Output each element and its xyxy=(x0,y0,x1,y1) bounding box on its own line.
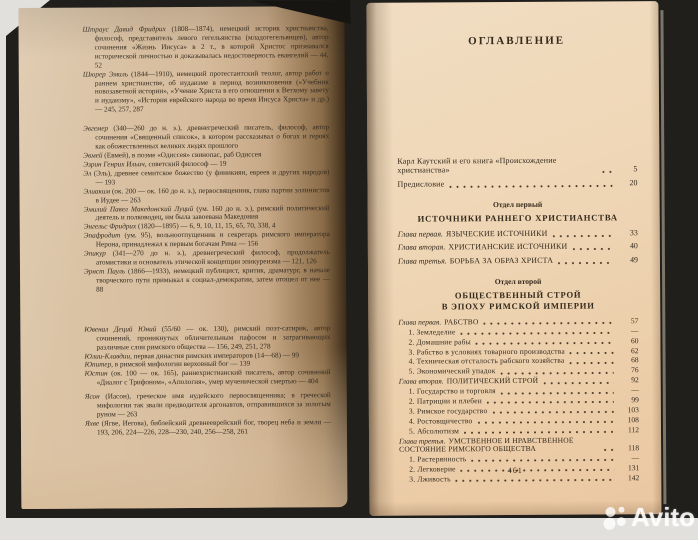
dot-leader xyxy=(572,248,613,251)
index-entry: Эвгемер (340—260 до н. э.), древнегречес… xyxy=(83,123,329,151)
entry-term: Шюрер Эмиль xyxy=(83,70,128,78)
index-entry: Эл (Эль), древнее семитское божество (у … xyxy=(83,168,329,187)
entry-text: (Эль), древнее семитское божество (у фин… xyxy=(91,168,329,186)
avito-brand-text: Avito xyxy=(631,502,695,533)
dot-leader xyxy=(449,184,612,188)
row-label: 4. Ростовщичество xyxy=(409,416,473,425)
row-label: БОРЬБА ЗА ОБРАЗ ХРИСТА xyxy=(450,255,553,265)
toc-row: 2. Домашние рабы 60 xyxy=(398,337,638,347)
index-entry: Эпафродит (ум. 95), вольноотпущенник и с… xyxy=(84,230,330,249)
entry-term: Эл xyxy=(83,169,91,177)
row-page-number: 60 xyxy=(616,337,638,346)
open-book-spread: Штраус Давид Фридрих (1808—1874), немецк… xyxy=(0,0,698,540)
dot-leader xyxy=(558,261,613,264)
row-label: ПОЛИТИЧЕСКИЙ СТРОЙ xyxy=(447,376,538,386)
dot-leader xyxy=(501,371,614,375)
row-label: РАБСТВО xyxy=(444,317,478,326)
toc-section: Отдел первый ИСТОЧНИКИ РАННЕГО ХРИСТИАНС… xyxy=(398,199,638,266)
dot-leader xyxy=(553,234,613,237)
entry-text: (Ягве, Иегова), библейский древнееврейск… xyxy=(97,418,331,436)
dot-leader xyxy=(476,341,614,345)
left-page-name-index: Штраус Давид Фридрих (1808—1874), немецк… xyxy=(18,6,347,509)
dot-leader xyxy=(456,478,615,482)
index-entry: Яхве (Ягве, Иегова), библейский древнеев… xyxy=(85,418,331,437)
toc-row: Глава вторая.ХРИСТИАНСКИЕ ИСТОЧНИКИ 40 xyxy=(398,243,638,253)
entry-term: Эвмей xyxy=(83,151,102,159)
index-entry: Элиаким (ок. 200 — ок. 160 до н. э.), пе… xyxy=(83,186,329,205)
section-rows: Глава первая.РАБСТВО 57 1. Земледелие — xyxy=(398,317,639,484)
entry-term: Эмилий Павел Македонский Луций xyxy=(84,204,194,213)
row-page-number: 118 xyxy=(617,444,639,453)
row-label: 1. Земледелие xyxy=(408,327,455,336)
row-label: 2. Домашние рабы xyxy=(408,337,470,346)
page-folio: 461 xyxy=(369,465,661,476)
index-entry: Юстин (ок. 100 — ок. 165), раннехристиан… xyxy=(85,368,331,387)
row-page-number: 68 xyxy=(617,357,639,366)
index-entry: Шюрер Эмиль (1844—1910), немецкий протес… xyxy=(83,69,329,115)
row-label: ХРИСТИАНСКИЕ ИСТОЧНИКИ xyxy=(448,242,567,252)
row-label: 2. Патриции и плебеи xyxy=(409,396,482,405)
row-label: 5. Абсолютизм xyxy=(409,426,459,435)
row-page-number: 49 xyxy=(616,256,638,265)
row-chapter-prefix: Глава третья. xyxy=(398,256,447,265)
entry-term: Юлии-Клавдии xyxy=(84,352,130,360)
entry-text: (ок. 200 — ок. 160 до н. э.), первосвяще… xyxy=(96,186,330,204)
toc-row: 1. Земледелие — xyxy=(398,327,638,337)
entry-term: Яхве xyxy=(85,419,99,427)
entry-text: (341—270 до н. э.), древнегреческий фило… xyxy=(96,248,330,266)
section-part-label: Отдел второй xyxy=(398,276,638,286)
toc-title: ОГЛАВЛЕНИЕ xyxy=(397,34,637,47)
row-page-number: 112 xyxy=(617,426,639,435)
row-page-number: — xyxy=(616,327,638,336)
dot-leader xyxy=(477,421,613,425)
section-title: ОБЩЕСТВЕННЫЙ СТРОЙ В ЭПОХУ РИМСКОЙ ИМПЕР… xyxy=(398,289,638,313)
toc-row: Глава первая.ЯЗЫЧЕСКИЕ ИСТОЧНИКИ 33 xyxy=(398,229,638,239)
entry-text: , первая династия римских императоров (1… xyxy=(130,351,299,360)
entry-term: Штраус Давид Фридрих xyxy=(83,25,166,34)
toc-row: 3. Рабство в условиях товарного производ… xyxy=(398,347,638,357)
row-page-number: 40 xyxy=(616,243,638,252)
toc-row: 3. Римское государство 103 xyxy=(399,406,639,416)
toc-row: 5. Экономический упадок 76 xyxy=(399,367,639,377)
row-label: 1. Растерянность xyxy=(409,454,466,463)
row-page-number: 108 xyxy=(617,416,639,425)
entry-text: (Евмей), в поэме «Одиссея» свинопас, раб… xyxy=(102,151,261,160)
section-rows: Глава первая.ЯЗЫЧЕСКИЕ ИСТОЧНИКИ 33 Глав… xyxy=(398,229,638,266)
toc-row: 1. Государство и торговля — xyxy=(399,386,639,396)
dot-leader xyxy=(461,332,614,336)
toc-sections: Отдел первый ИСТОЧНИКИ РАННЕГО ХРИСТИАНС… xyxy=(398,199,640,484)
entry-text: (Иасон), греческое имя иудейского первос… xyxy=(97,391,331,418)
row-label: 4. Техническая отсталость рабского хозяй… xyxy=(409,356,565,366)
dot-leader xyxy=(487,401,614,405)
toc-row: 2. Патриции и плебеи 99 xyxy=(399,396,639,406)
entry-term: Эпафродит xyxy=(84,232,121,240)
row-page-number: 103 xyxy=(617,406,639,415)
section-title: ИСТОЧНИКИ РАННЕГО ХРИСТИАНСТВА xyxy=(398,212,638,225)
dot-leader xyxy=(501,391,614,395)
toc-row: Карл Каутский и его книга «Происхождение… xyxy=(397,156,637,175)
row-page-number: 57 xyxy=(616,317,638,326)
entry-term: Энгельс Фридрих xyxy=(84,223,137,231)
row-label: 1. Государство и торговля xyxy=(409,386,496,396)
toc-block: ОГЛАВЛЕНИЕ Карл Каутский и его книга «Пр… xyxy=(366,1,661,516)
row-label: Карл Каутский и его книга «Происхождение… xyxy=(397,156,556,175)
toc-row: Глава третья.УМСТВЕННОЕ И НРАВСТВЕННОЕ С… xyxy=(399,436,639,454)
entry-term: Эзрин Генрих Ильич xyxy=(83,160,145,168)
entry-term: Эрнст Пауль xyxy=(84,267,125,275)
entry-term: Эвгемер xyxy=(83,125,108,133)
row-page-number: 142 xyxy=(617,474,639,483)
dot-leader xyxy=(543,381,614,384)
entry-text: (1820—1895) — 6, 9, 10, 11, 15, 65, 70, … xyxy=(136,222,275,231)
avito-logo-icon xyxy=(603,505,628,530)
row-page-number: 92 xyxy=(617,376,639,385)
index-entry: Эпикур (341—270 до н. э.), древнегреческ… xyxy=(84,248,330,267)
row-page-number: 76 xyxy=(617,367,639,376)
index-entry: Штраус Давид Фридрих (1808—1874), немецк… xyxy=(83,24,329,70)
avito-watermark: Avito xyxy=(603,502,695,533)
toc-row: Глава вторая.ПОЛИТИЧЕСКИЙ СТРОЙ 92 xyxy=(399,376,639,386)
toc-row: Глава третья.БОРЬБА ЗА ОБРАЗ ХРИСТА 49 xyxy=(398,256,638,266)
row-page-number: 20 xyxy=(615,179,637,188)
entry-term: Юпитер xyxy=(85,361,112,369)
dot-leader xyxy=(569,361,613,364)
toc-row: Глава первая.РАБСТВО 57 xyxy=(398,317,638,327)
row-chapter-prefix: Глава первая. xyxy=(398,317,441,326)
entry-term: Юстин xyxy=(85,370,108,378)
dot-leader xyxy=(570,351,614,354)
row-page-number: 5 xyxy=(615,165,637,174)
row-page-number: — xyxy=(617,454,639,463)
toc-row: Предисловие 20 xyxy=(397,179,637,189)
entry-text: (1844—1910), немецкий протестантский тео… xyxy=(95,69,329,114)
entry-text: (ок. 100 — ок. 165), раннехристианский п… xyxy=(97,368,331,386)
toc-front-rows: Карл Каутский и его книга «Происхождение… xyxy=(397,156,637,189)
dot-leader xyxy=(602,170,612,173)
entry-term: Элиаким xyxy=(83,187,110,195)
dot-leader xyxy=(492,411,613,415)
row-chapter-prefix: Глава первая. xyxy=(398,229,443,238)
entry-text: (1866—1933), немецкий публицист, критик,… xyxy=(96,266,330,293)
entry-text: , советский философ — 19 xyxy=(145,160,227,168)
dot-leader xyxy=(604,449,614,452)
dot-leader xyxy=(464,430,614,434)
entry-text: (340—260 до н. э.), древнегреческий писа… xyxy=(95,123,329,150)
index-entry: Эрнст Пауль (1866—1933), немецкий публиц… xyxy=(84,266,330,294)
row-label: 3. Римское государство xyxy=(409,406,488,415)
index-entries: Штраус Давид Фридрих (1808—1874), немецк… xyxy=(83,24,332,437)
row-chapter-prefix: Глава вторая. xyxy=(399,377,444,386)
row-page-number: — xyxy=(617,386,639,395)
page-stack-edge xyxy=(660,10,666,504)
row-label: Предисловие xyxy=(397,179,444,188)
toc-row: 4. Ростовщичество 108 xyxy=(399,416,639,426)
toc-row: 1. Растерянность — xyxy=(399,454,639,464)
dot-leader xyxy=(484,322,614,326)
row-label: ЯЗЫЧЕСКИЕ ИСТОЧНИКИ xyxy=(446,229,548,239)
toc-row: 4. Техническая отсталость рабского хозяй… xyxy=(399,357,639,367)
index-entry: Ясон (Иасон), греческое имя иудейского п… xyxy=(85,391,331,419)
row-page-number: 33 xyxy=(616,229,638,238)
dot-leader xyxy=(471,459,614,463)
book-photo: Штраус Давид Фридрих (1808—1874), немецк… xyxy=(0,0,698,540)
entry-term: Ясон xyxy=(85,393,100,401)
row-label: 3. Рабство в условиях товарного производ… xyxy=(408,346,564,356)
right-page-table-of-contents: ОГЛАВЛЕНИЕ Карл Каутский и его книга «Пр… xyxy=(366,1,661,516)
toc-row: 5. Абсолютизм 112 xyxy=(399,426,639,436)
toc-section: Отдел второй ОБЩЕСТВЕННЫЙ СТРОЙ В ЭПОХУ … xyxy=(398,276,639,484)
row-label: 5. Экономический упадок xyxy=(409,366,496,376)
row-page-number: 99 xyxy=(617,396,639,405)
index-entry: Ювенал Деций Юний (55/60 — ок. 130), рим… xyxy=(84,324,330,352)
entry-text: (ум. 95), вольноотпущенник и секретарь р… xyxy=(96,230,330,248)
row-chapter-prefix: Глава вторая. xyxy=(398,243,446,252)
entry-term: Ювенал Деций Юний xyxy=(84,325,156,333)
entry-term: Эпикур xyxy=(84,250,106,258)
row-page-number: 62 xyxy=(616,347,638,356)
section-part-label: Отдел первый xyxy=(398,199,638,209)
index-entry: Эмилий Павел Македонский Луций (ум. 160 … xyxy=(84,204,330,223)
entry-text: , в римской мифологии верховный бог — 13… xyxy=(111,360,250,369)
